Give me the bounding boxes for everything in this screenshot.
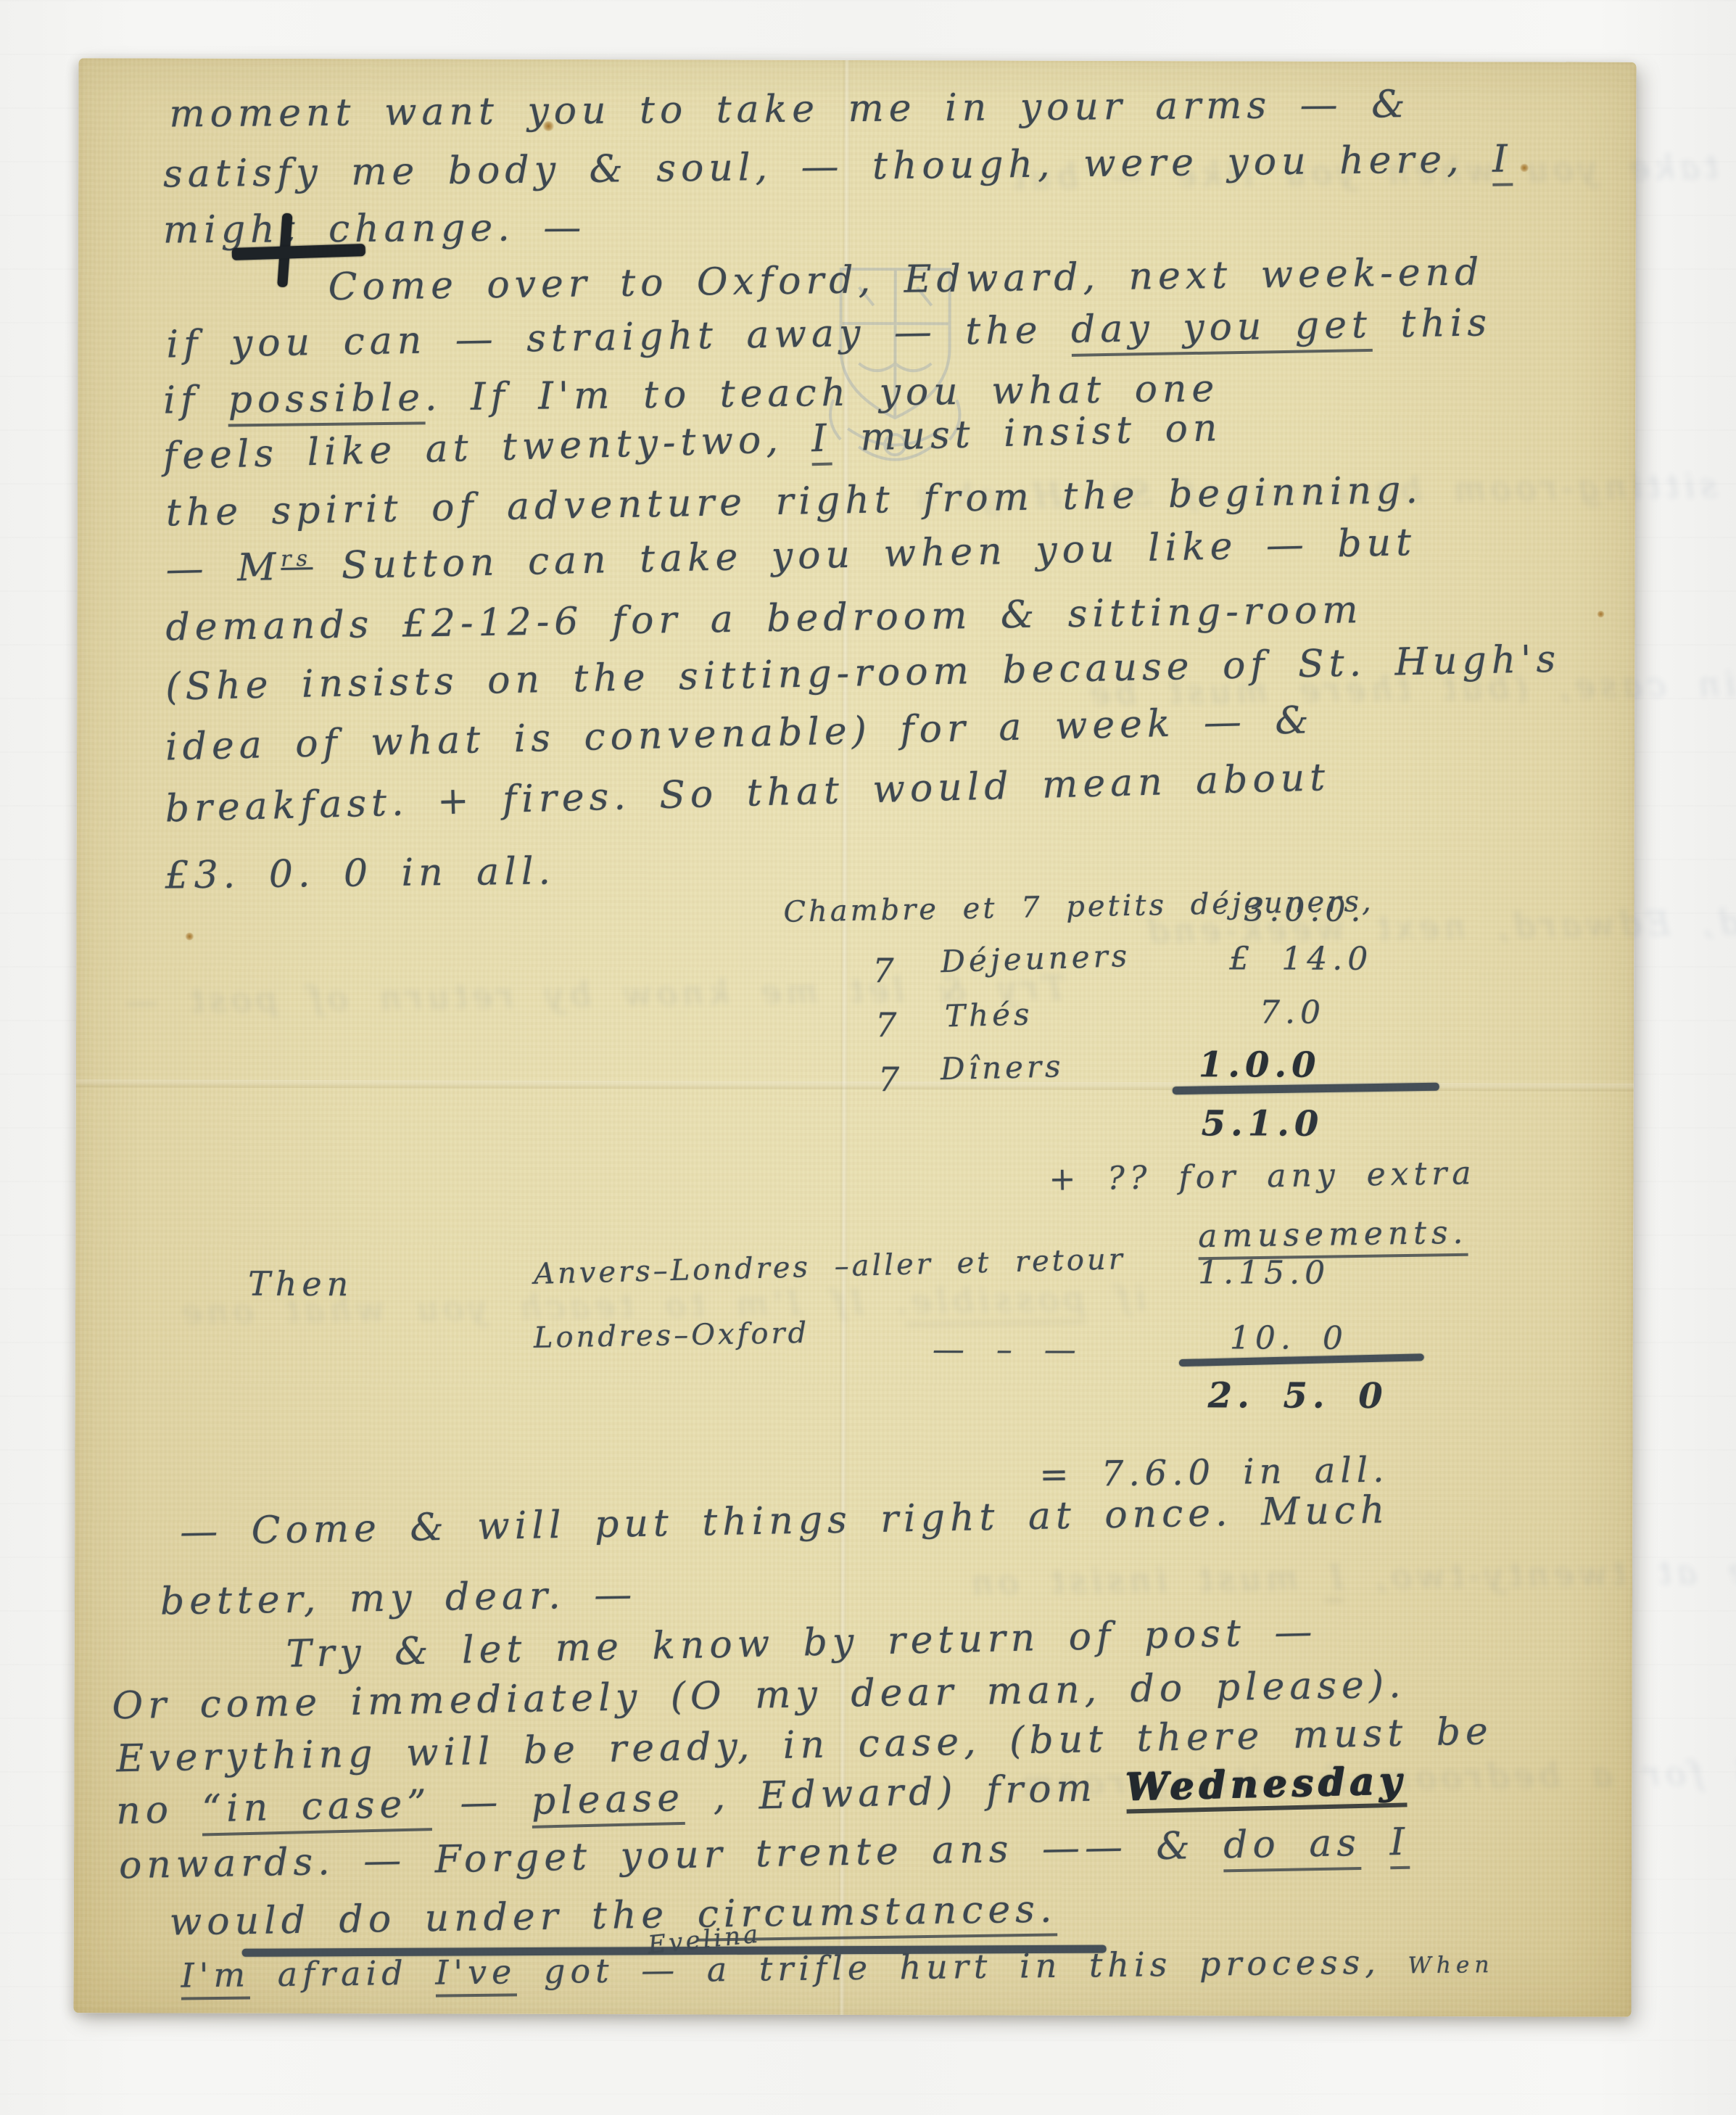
extras-note: amusements. bbox=[1198, 1214, 1468, 1261]
expense-row-qty: 7 bbox=[878, 1060, 904, 1099]
letter-line: £3. 0. 0 in all. bbox=[165, 849, 555, 897]
scanner-background: — Mrs Sutton can take you when you like … bbox=[0, 0, 1736, 2115]
expense-row-qty: 7 bbox=[875, 1005, 901, 1044]
letter-line: breakfast. + fires. So that would mean a… bbox=[165, 756, 1331, 830]
extras-note: + ?? for any extra bbox=[1049, 1155, 1476, 1198]
foxing-spot bbox=[1597, 611, 1605, 618]
letter-line: demands £2-12-6 for a bedroom & sitting-… bbox=[165, 588, 1363, 649]
expense-row-amount: 7.0 bbox=[1260, 994, 1326, 1031]
expense-row-amount: 1.0.0 bbox=[1199, 1044, 1321, 1085]
letter-line: moment want you to take me in your arms … bbox=[169, 83, 1410, 136]
ditto-dashes: — – — bbox=[933, 1331, 1081, 1369]
expense-row-label: Dîners bbox=[940, 1048, 1065, 1087]
expense-row-label: Déjeuners bbox=[940, 938, 1131, 979]
expense-row-amount: 1.15.0 bbox=[1198, 1254, 1330, 1291]
grand-total: = 7.6.0 in all. bbox=[1039, 1450, 1389, 1496]
bleed-through-text: feels like at twenty-two, I must insist … bbox=[967, 1549, 1736, 1602]
bleed-through-text: Try & let me know by return of post — bbox=[120, 968, 1066, 1021]
lodging-total: 5.1.0 bbox=[1202, 1103, 1324, 1144]
expense-row-amount: 3.0.0. bbox=[1244, 891, 1365, 928]
travel-total: 2. 5. 0 bbox=[1208, 1375, 1388, 1417]
letter-line: idea of what is convenable) for a week —… bbox=[165, 698, 1314, 769]
letter-page: — Mrs Sutton can take you when you like … bbox=[73, 58, 1636, 2017]
letter-line: better, my dear. — bbox=[160, 1573, 637, 1624]
expense-row-label: Londres–Oxford bbox=[533, 1316, 809, 1355]
letter-line: might change. — bbox=[163, 206, 587, 252]
expense-row-amount: £ 14.0 bbox=[1229, 940, 1373, 978]
expense-row-qty: 7 bbox=[872, 951, 898, 990]
expense-row-amount: 10. 0 bbox=[1230, 1319, 1348, 1356]
cross-mark bbox=[79, 58, 1637, 62]
letter-line: would do under the circumstances. bbox=[169, 1887, 1057, 1944]
then-label: Then bbox=[248, 1264, 353, 1303]
letter-line: Come over to Oxford, Edward, next week-e… bbox=[328, 250, 1484, 309]
letter-line: — Come & will put things right at once. … bbox=[180, 1488, 1390, 1554]
foxing-spot bbox=[185, 933, 194, 941]
expense-row-label: Thés bbox=[945, 996, 1034, 1034]
